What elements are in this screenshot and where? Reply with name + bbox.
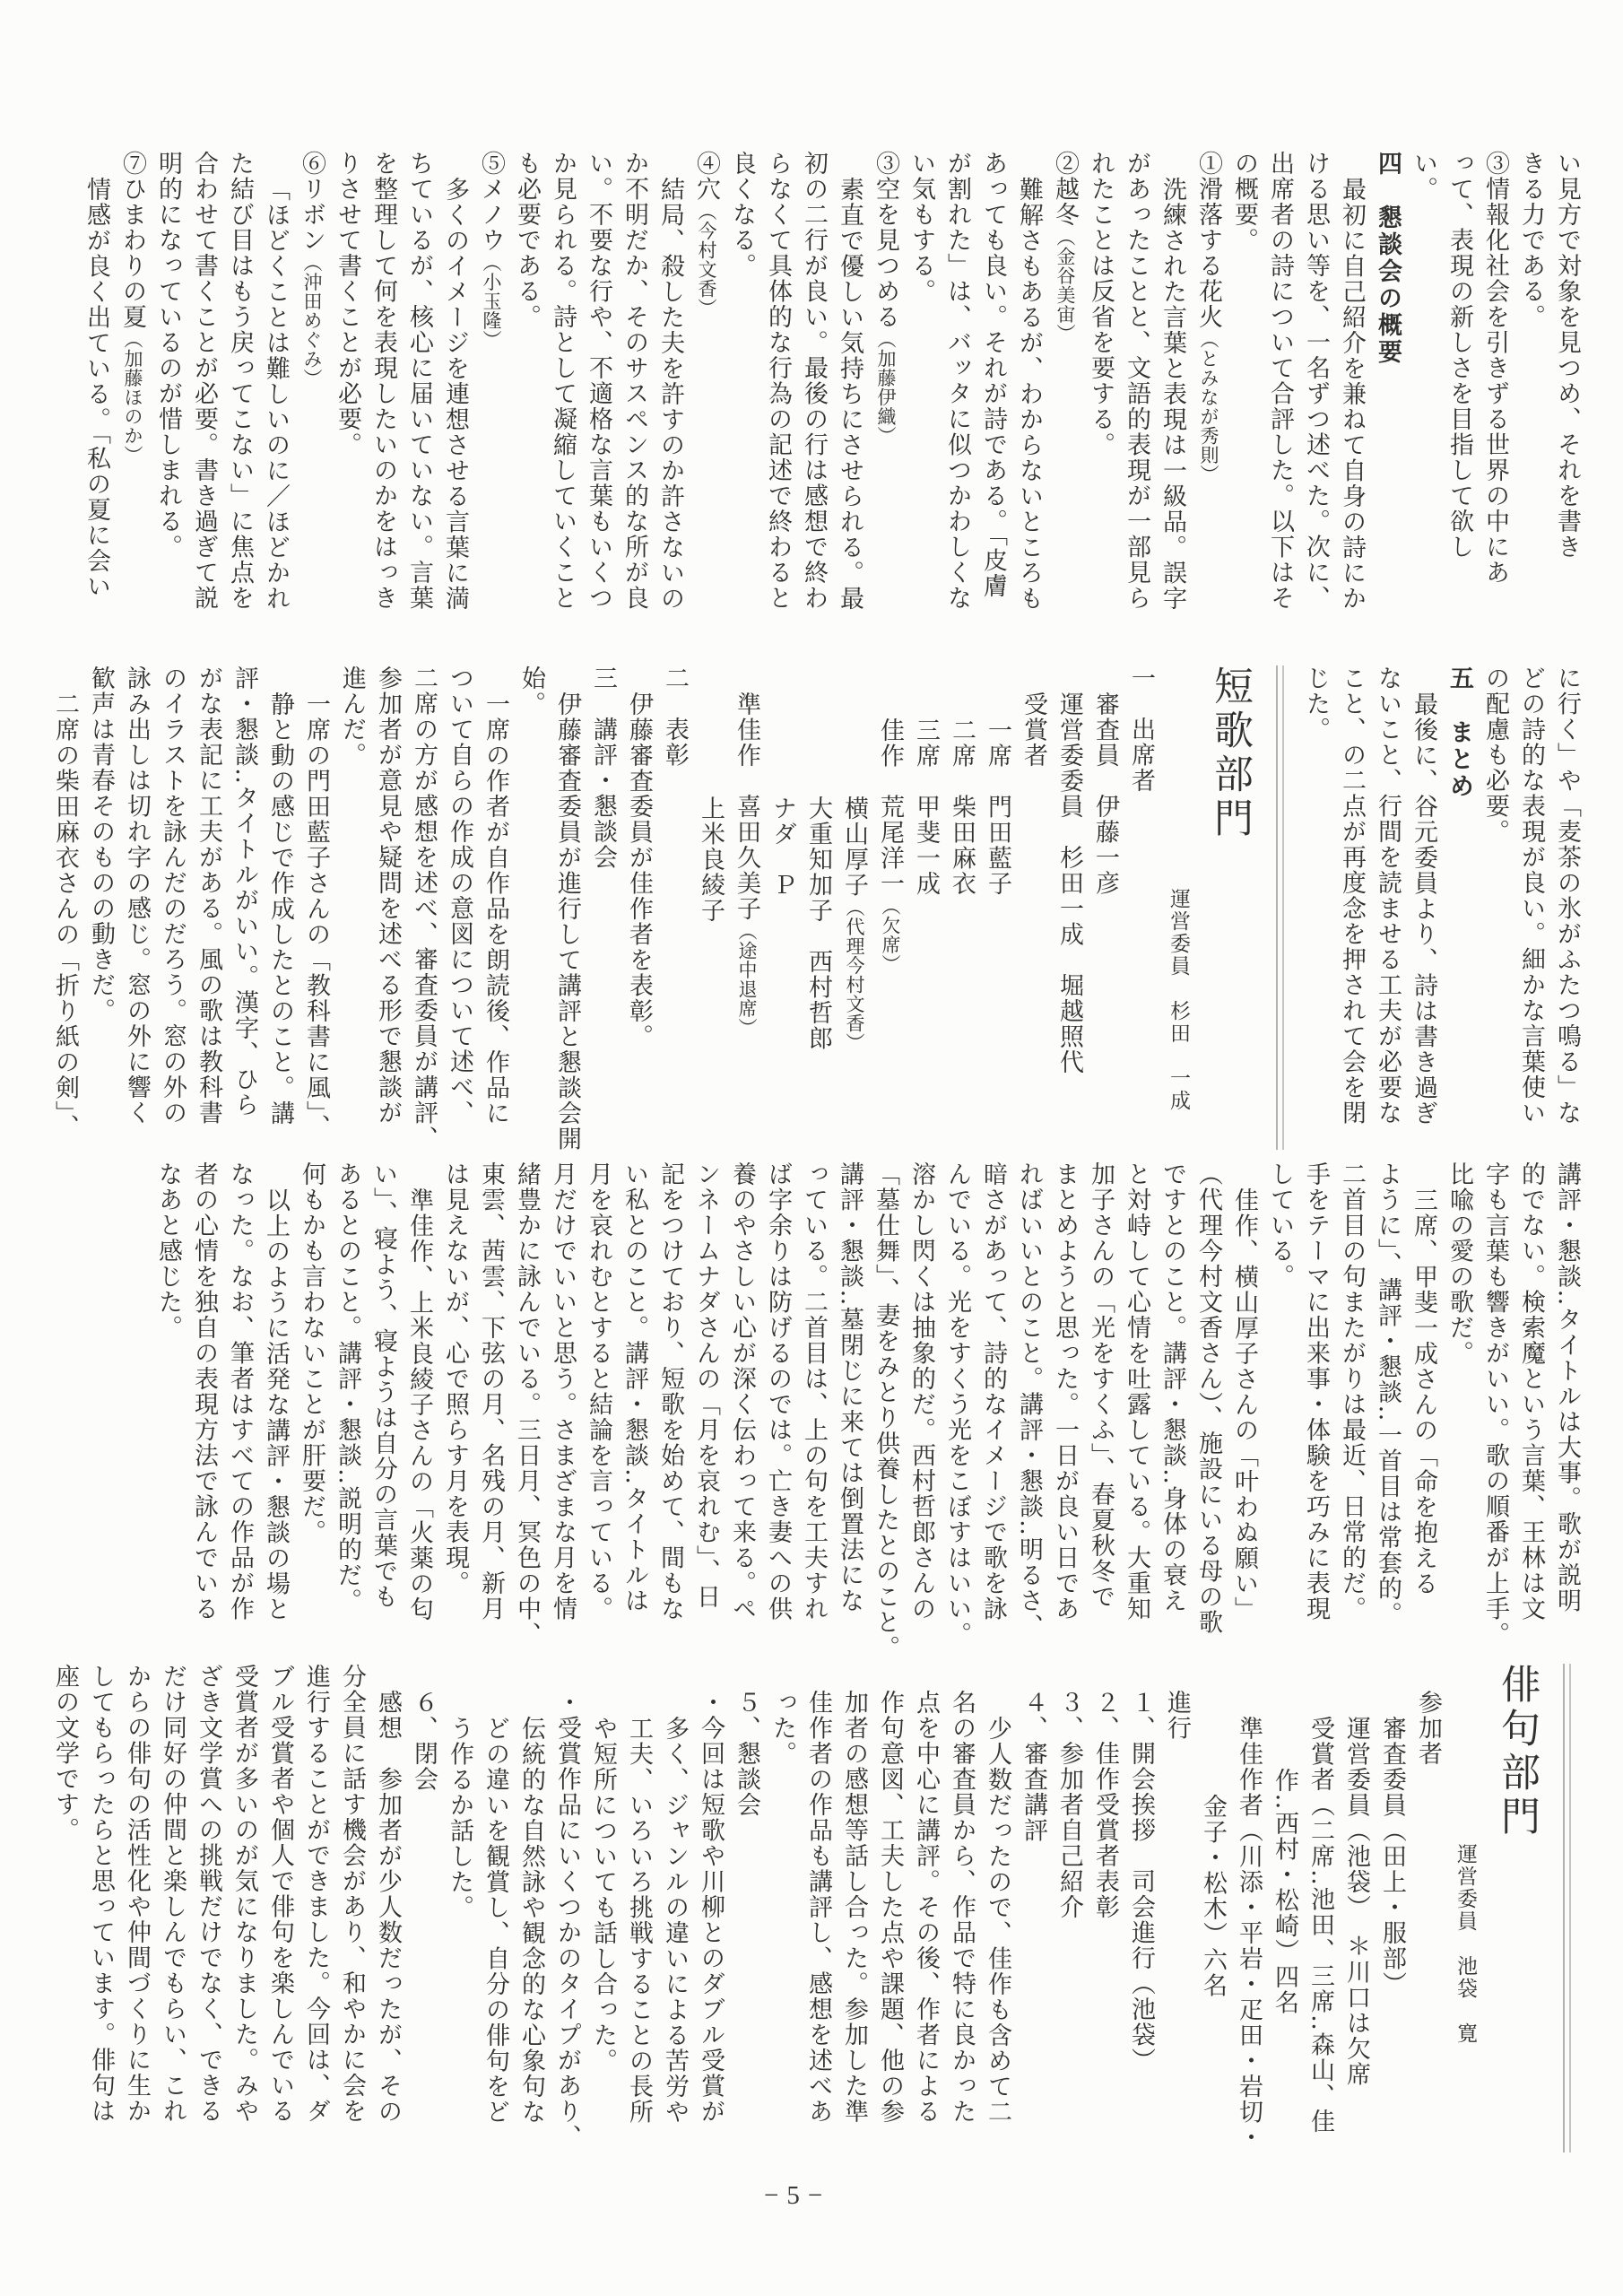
text-column: 座の文学です。 — [48, 1664, 83, 2152]
text-column: 佳作 荒尾洋一（欠席） — [872, 665, 908, 1150]
text-column: 佳作者の作品も講評し、感想を述べあ — [801, 1664, 837, 2152]
text-column: じた。 — [1298, 665, 1334, 1150]
text-column: 点を中心に講評。その後、作者による — [908, 1664, 944, 2152]
body-text: ①滑落する花火 — [1195, 151, 1222, 330]
text-column: か不明だか、そのサスペンス的な所が良 — [617, 151, 653, 631]
annotation-text: （小玉隆） — [481, 253, 502, 350]
text-column: う作るか話した。 — [442, 1664, 478, 2152]
text-column: 講評・懇談‥タイトルは大事。歌が説明 — [1549, 1161, 1585, 1646]
section-title: 短歌部門 — [1197, 665, 1262, 1150]
text-column: 月を哀れむとすると結論を言っている。 — [581, 1161, 617, 1646]
text-column: 横山厚子（代理今村文香） — [837, 665, 872, 1150]
text-column: ③情報化社会を引きずる世界の中にあ — [1478, 151, 1514, 631]
text-column: 作‥西村・松崎）四名 — [1267, 1664, 1303, 2152]
text-column: 溶かし閃くは抽象的だ。西村哲郎さんの — [904, 1161, 940, 1646]
text-column: ・今回は短歌や川柳とのダブル受賞が — [693, 1664, 729, 2152]
text-block-poetry-critique: い見方で対象を見つめ、それを書ききる力である。③情報化社会を引きずる世界の中にあ… — [79, 151, 1585, 631]
annotation-text: （とみなが秀則） — [1198, 330, 1219, 484]
annotation-text: （加藤ほのか） — [122, 330, 143, 465]
text-column: あっても良い。それが詩である。「皮膚 — [976, 151, 1011, 631]
text-column: んでいる。光をすくう光をこぼすはいい。 — [940, 1161, 976, 1646]
text-column: や短所についても話し合った。 — [586, 1664, 621, 2152]
text-column: 二首目の句またがりは最近、日常的だ。 — [1334, 1161, 1370, 1646]
text-column: を整理して何を表現したいのかをはっき — [366, 151, 402, 631]
text-column: している。 — [1263, 1161, 1298, 1646]
text-column: 上米良綾子 — [693, 665, 729, 1150]
text-column: 伝統的な自然詠や観念的な心象句な — [514, 1664, 550, 2152]
text-column: 素直で優しい気持ちにさせられる。最 — [832, 151, 868, 631]
annotation-text: （沖田めぐみ） — [301, 253, 323, 388]
text-column: ついて自らの作成の意図について述べ、 — [442, 665, 478, 1150]
document-page: い見方で対象を見つめ、それを書ききる力である。③情報化社会を引きずる世界の中にあ… — [0, 0, 1623, 2296]
text-column: 工夫、いろいろ挑戦することの長所 — [621, 1664, 657, 2152]
text-column: 静と動の感じで作成したとのこと。講 — [263, 665, 299, 1150]
text-column: 比喩の愛の歌だ。 — [1442, 1161, 1478, 1646]
body-text: ②越冬 — [1052, 151, 1079, 228]
text-column: 手をテーマに出来事・体験を巧みに表現 — [1298, 1161, 1334, 1646]
text-column: に行く」や「麦茶の氷がふたつ鳴る」な — [1549, 665, 1585, 1150]
text-column: ざき文学賞への挑戦だけでなく、できる — [191, 1664, 227, 2152]
text-column: 運営委委員 杉田一成 堀越照代 — [1052, 665, 1088, 1150]
text-column: っている。二首目は、上の句を工夫すれ — [796, 1161, 832, 1646]
text-column: ⑤メノウ（小玉隆） — [473, 151, 509, 631]
text-column: 作句意図、工夫した点や課題、他の参 — [872, 1664, 908, 2152]
text-column: があったことと、文語的表現が一部見ら — [1119, 151, 1155, 631]
text-column: きる力である。 — [1514, 151, 1549, 631]
section-subtitle: 運営委員 池袋 寛 — [1446, 1664, 1484, 2152]
text-column: ればいいとのこと。講評・懇談‥明るさ、 — [1011, 1161, 1047, 1646]
body-text: ③空を見つめる — [872, 151, 899, 330]
text-column: 参加者が意見や疑問を述べる形で懇談が — [370, 665, 406, 1150]
heading-column: 四 懇談会の概要 — [1370, 151, 1406, 631]
text-column: ４、審査講評 — [1016, 1664, 1052, 2152]
text-column: 分全員に話す機会があり、和やかに会を — [334, 1664, 370, 2152]
text-column: 詠み出しは切れ字の感じ。窓の外に響く — [119, 665, 155, 1150]
text-column: 加者の感想等話し合った。参加した準 — [837, 1664, 872, 2152]
text-column: 三席、甲斐一成さんの「命を抱える — [1406, 1161, 1442, 1646]
text-column: 情感が良く出ている。「私の夏に会い — [79, 151, 115, 631]
text-column: 名の審査員から、作品で特に良かった — [944, 1664, 980, 2152]
text-column: 的でない。検索魔という言葉、王林は文 — [1514, 1161, 1549, 1646]
text-column: 最後に、谷元委員より、詩は書き過ぎ — [1406, 665, 1442, 1150]
text-column: 月だけでいいと思う。さまざまな月を情 — [545, 1161, 581, 1646]
section-title: 俳句部門 — [1484, 1664, 1549, 2152]
page-number: −5− — [764, 2181, 830, 2211]
text-column: か見られる。詩として凝縮していくこと — [545, 151, 581, 631]
text-column: 始。 — [514, 665, 550, 1150]
text-column: 結局、殺した夫を許すのか許さないの — [653, 151, 689, 631]
text-column: ブル受賞者や個人で俳句を楽しんでいる — [263, 1664, 299, 2152]
text-column: してもらったらと思っています。俳句は — [83, 1664, 119, 2152]
section-divider-line — [1276, 665, 1284, 1150]
text-column: た結び目はもう戻ってこない」に焦点を — [222, 151, 258, 631]
text-column: 「ほどくことは難しいのに／ほどかれ — [258, 151, 294, 631]
text-column: 伊藤審査委員が佳作者を表彰。 — [621, 665, 657, 1150]
text-column: 出席者の詩について合評した。以下はそ — [1263, 151, 1298, 631]
text-column: ないこと、行間を読ませる工夫が必要な — [1370, 665, 1406, 1150]
text-column: ６、閉会 — [406, 1664, 442, 2152]
text-column: 緒豊かに詠んでいる。三日月、冥色の中、 — [509, 1161, 545, 1646]
annotation-text: （途中退席） — [736, 922, 758, 1038]
text-column: だけ同好の仲間と楽しんでもらい、これ — [155, 1664, 191, 2152]
text-column: 以上のように活発な講評・懇談の場と — [258, 1161, 294, 1646]
annotation-text: （欠席） — [880, 897, 901, 974]
section-heading: 短歌部門運営委員 杉田 一成 — [1159, 665, 1262, 1150]
section-heading: 俳句部門運営委員 池袋 寛 — [1446, 1664, 1549, 2152]
text-column: どの違いを観賞し、自分の俳句をど — [478, 1664, 514, 2152]
section-subtitle: 運営委員 杉田 一成 — [1159, 665, 1197, 1150]
body-text: ⑤メノウ — [478, 151, 505, 253]
text-column: 金子・松木）六名 — [1195, 1664, 1231, 2152]
text-column: 何もかも言わないことが肝要だ。 — [294, 1161, 330, 1646]
text-column: １、開会挨拶 司会進行（池袋） — [1124, 1664, 1159, 2152]
text-column: が割れた」は、バッタに似つかわしくな — [940, 151, 976, 631]
text-column: 記をつけており、短歌を始めて、間もな — [653, 1161, 689, 1646]
text-column: 合わせて書くことが必要。書き過ぎて説 — [187, 151, 222, 631]
text-column: ⑥リボン（沖田めぐみ） — [294, 151, 330, 631]
text-column: 三席 甲斐一成 — [908, 665, 944, 1150]
text-column: は見えないが、心で照らす月を表現。 — [438, 1161, 473, 1646]
text-column: ナダ Ｐ — [765, 665, 801, 1150]
text-column: 「墓仕舞」、妻をみとり供養したとのこと。 — [868, 1161, 904, 1646]
body-text: 準佳作 喜田久美子 — [733, 691, 760, 922]
text-column: ば字余りは防げるのでは。亡き妻への供 — [760, 1161, 796, 1646]
text-column: 運営委員（池袋） ＊川口は欠席 — [1339, 1664, 1375, 2152]
annotation-text: （加藤伊織） — [875, 330, 897, 446]
text-column: 洗練された言葉と表現は一級品。誤字 — [1155, 151, 1191, 631]
text-column: 参加者 — [1410, 1664, 1446, 2152]
text-column: 準佳作 喜田久美子（途中退席） — [729, 665, 765, 1150]
text-column: れたことは反省を要する。 — [1083, 151, 1119, 631]
text-column: のイラストを詠んだのだろう。窓の外の — [155, 665, 191, 1150]
text-column: 評・懇談‥タイトルがいい。漢字、ひら — [227, 665, 263, 1150]
text-column: 佳作、横山厚子さんの「叶わぬ願い」 — [1227, 1161, 1263, 1646]
text-column: 多くのイメージを連想させる言葉に満 — [438, 151, 473, 631]
text-column: い」、寝よう、寝ようは自分の言葉でも — [366, 1161, 402, 1646]
text-column: からの俳句の活性化や仲間づくりに生か — [119, 1664, 155, 2152]
text-column: 準佳作、上米良綾子さんの「火薬の匂 — [402, 1161, 438, 1646]
text-column: 伊藤審査委員が進行して講評と懇談会開 — [550, 665, 586, 1150]
text-column: 歓声は青春そのものの動きだ。 — [83, 665, 119, 1150]
text-column: ②越冬（金谷美宙） — [1047, 151, 1083, 631]
body-text: 横山厚子 — [841, 796, 868, 898]
text-column: 東雲、茜雲、下弦の月、名残の月、新月 — [473, 1161, 509, 1646]
text-column: 二席 柴田麻衣 — [944, 665, 980, 1150]
text-column: って、表現の新しさを目指して欲し — [1442, 151, 1478, 631]
text-column: 一席 門田藍子 — [980, 665, 1016, 1150]
text-column: の配慮も必要。 — [1478, 665, 1514, 1150]
text-column: 者の心情を独自の表現方法で詠んでいる — [187, 1161, 222, 1646]
annotation-text: （代理今村文香） — [844, 898, 865, 1052]
text-column: こと、の二点が再度念を押されて会を閉 — [1334, 665, 1370, 1150]
text-column: あるとのこと。講評・懇談‥説明的だ。 — [330, 1161, 366, 1646]
text-column: ける思い等を、一名ずつ述べた。次に、 — [1298, 151, 1334, 631]
text-column: 良くなる。 — [725, 151, 760, 631]
text-column: ④穴（今村文香） — [689, 151, 725, 631]
text-column: 進行 — [1159, 1664, 1195, 2152]
text-column: （代理今村文香さん）、施設にいる母の歌 — [1191, 1161, 1227, 1646]
heading-column: 五 まとめ — [1442, 665, 1478, 1150]
text-column: 字も言葉も響きがいい。歌の順番が上手。 — [1478, 1161, 1514, 1646]
annotation-text: （金谷美宙） — [1055, 228, 1076, 344]
text-column: 二 表彰 — [657, 665, 693, 1150]
text-column: まとめようと思った。一日が良い日であ — [1047, 1161, 1083, 1646]
annotation-text: （今村文香） — [696, 202, 717, 317]
text-column: なあと感じた。 — [151, 1161, 187, 1646]
text-column: った。 — [765, 1664, 801, 2152]
text-column: 三 講評・懇談会 — [586, 665, 621, 1150]
text-column: 暗さがあって、詩的なイメージで歌を詠 — [976, 1161, 1011, 1646]
text-column: 一席の作者が自作品を朗読後、作品に — [478, 665, 514, 1150]
text-column: どの詩的な表現が良い。細かな言葉使い — [1514, 665, 1549, 1150]
text-column: 大重知加子 西村哲郎 — [801, 665, 837, 1150]
text-column: い私とのこと。講評・懇談‥タイトルは — [617, 1161, 653, 1646]
text-column: い見方で対象を見つめ、それを書き — [1549, 151, 1585, 631]
text-column: 受賞者（二席‥池田、三席‥森山、佳 — [1303, 1664, 1339, 2152]
body-text: ⑦ひまわりの夏 — [119, 151, 146, 330]
text-column: 多く、ジャンルの違いによる苦労や — [657, 1664, 693, 2152]
text-column: 加子さんの「光をすくふ」、春夏秋冬で — [1083, 1161, 1119, 1646]
text-column: 受賞者 — [1016, 665, 1052, 1150]
text-column: 二席の柴田麻衣さんの「折り紙の剣」、 — [48, 665, 83, 1150]
body-text: ④穴 — [693, 151, 720, 202]
text-column: ５、懇談会 — [729, 1664, 765, 2152]
text-column: がな表記に工夫がある。風の歌は教科書 — [191, 665, 227, 1150]
text-column: なった。なお、筆者はすべての作品が作 — [222, 1161, 258, 1646]
text-column: ①滑落する花火（とみなが秀則） — [1191, 151, 1227, 631]
text-column: 少人数だったので、佳作も含めて二 — [980, 1664, 1016, 2152]
body-text: ⑥リボン — [299, 151, 325, 253]
text-block-tanka-review: 講評・懇談‥タイトルは大事。歌が説明的でない。検索魔という言葉、王林は文字も言葉… — [151, 1161, 1585, 1646]
text-column: 審査員 伊藤一彦 — [1088, 665, 1124, 1150]
text-column: 養のやさしい心が深く伝わって来る。ペ — [725, 1161, 760, 1646]
text-column: ⑦ひまわりの夏（加藤ほのか） — [115, 151, 151, 631]
text-column: 講評・懇談‥墓閉じに来ては倒置法にな — [832, 1161, 868, 1646]
text-column: い。 — [1406, 151, 1442, 631]
text-column: い。不要な行や、不適格な言葉もいくつ — [581, 151, 617, 631]
text-column: 最初に自己紹介を兼ねて自身の詩にか — [1334, 151, 1370, 631]
text-column: 明的になっているのが惜しまれる。 — [151, 151, 187, 631]
text-column: 初の二行が良い。最後の行は感想で終わ — [796, 151, 832, 631]
text-column: 一席の門田藍子さんの「教科書に風」、 — [299, 665, 334, 1150]
text-column: ・受賞作品にいくつかのタイプがあり、 — [550, 1664, 586, 2152]
text-column: 進行することができました。今回は、ダ — [299, 1664, 334, 2152]
text-column: 進んだ。 — [334, 665, 370, 1150]
text-column: らなくて具体的な行為の記述で終わると — [760, 151, 796, 631]
text-column: 感想 参加者が少人数だったが、その — [370, 1664, 406, 2152]
text-column: 二席の方が感想を述べ、審査委員が講評、 — [406, 665, 442, 1150]
text-column: も必要である。 — [509, 151, 545, 631]
text-column: の概要。 — [1227, 151, 1263, 631]
text-block-haiku: 俳句部門運営委員 池袋 寛参加者審査委員（田上・服部）運営委員（池袋） ＊川口は… — [48, 1664, 1585, 2152]
text-column: い気もする。 — [904, 151, 940, 631]
text-column: ちているが、核心に届いていない。言葉 — [402, 151, 438, 631]
text-column: りさせて書くことが必要。 — [330, 151, 366, 631]
text-column: ③空を見つめる（加藤伊織） — [868, 151, 904, 631]
text-block-poetry-summary-tanka: に行く」や「麦茶の氷がふたつ鳴る」などの詩的な表現が良い。細かな言葉使いの配慮も… — [48, 665, 1585, 1150]
text-column: ンネームナダさんの「月を哀れむ」、日 — [689, 1161, 725, 1646]
text-column: 受賞者が多いのが気になりました。みや — [227, 1664, 263, 2152]
text-column: 審査委員（田上・服部） — [1375, 1664, 1410, 2152]
text-column: 一 出席者 — [1124, 665, 1159, 1150]
text-column: 難解さもあるが、わからないところも — [1011, 151, 1047, 631]
text-column: ですとのこと。講評・懇談‥身体の衰え — [1155, 1161, 1191, 1646]
body-text: 佳作 荒尾洋一 — [877, 717, 904, 897]
text-column: ように」、講評・懇談‥一首目は常套的。 — [1370, 1161, 1406, 1646]
text-column: と対峙して心情を吐露している。大重知 — [1119, 1161, 1155, 1646]
text-column: ２、佳作受賞者表彰 — [1088, 1664, 1124, 2152]
text-column: 準佳作者（川添・平岩・疋田・岩切・ — [1231, 1664, 1267, 2152]
section-divider-line — [1563, 1664, 1571, 2152]
text-column: ３、参加者自己紹介 — [1052, 1664, 1088, 2152]
